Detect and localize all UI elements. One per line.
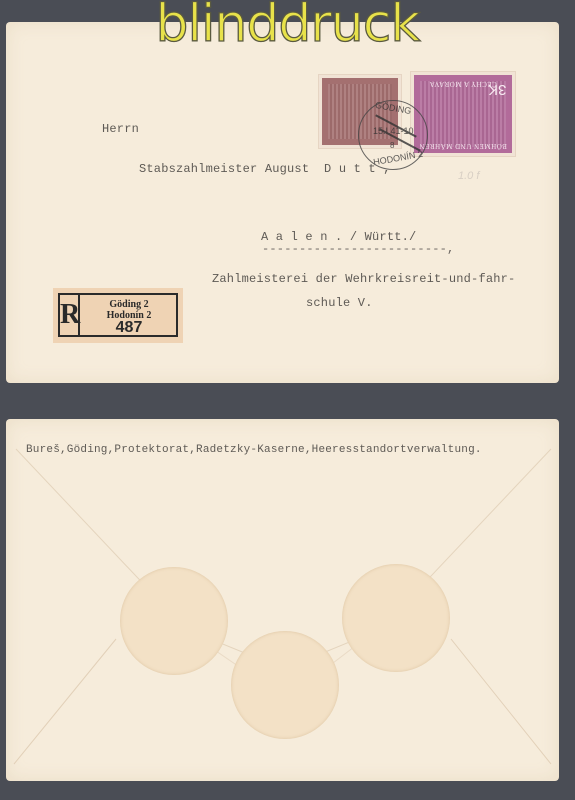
registration-label-frame: R Göding 2 Hodonín 2 487 xyxy=(58,293,178,337)
registration-letter: R xyxy=(60,295,80,335)
seal-right xyxy=(342,564,450,672)
seal-left xyxy=(120,567,228,675)
watermark-blinddruck: blinddruck xyxy=(0,0,575,54)
address-line-2: schule V. xyxy=(306,296,373,310)
envelope-front: 3K ČECHY A MORAVA BÖHMEN UND MÄHREN GÖDI… xyxy=(6,22,559,383)
seal-center xyxy=(231,631,339,739)
registration-office-de: Göding 2 xyxy=(82,299,176,310)
stamp-bottom-text: BÖHMEN UND MÄHREN xyxy=(414,142,512,150)
recipient-line: Stabszahlmeister August D u t t , xyxy=(139,162,391,176)
postmark-number: 8 xyxy=(390,141,394,150)
city-underline: -------------------------, xyxy=(262,242,454,256)
postmark: GÖDING 15.I.41-10 8 HODONÍN 2 xyxy=(358,100,428,170)
envelope-back: Bureš,Göding,Protektorat,Radetzky-Kasern… xyxy=(6,419,559,781)
registration-label: R Göding 2 Hodonín 2 487 xyxy=(53,288,183,343)
salutation: Herrn xyxy=(102,122,139,136)
registration-number: 487 xyxy=(82,319,176,337)
sender-line: Bureš,Göding,Protektorat,Radetzky-Kasern… xyxy=(26,444,482,456)
pencil-note: 1.0 f xyxy=(458,170,479,182)
address-line-1: Zahlmeisterei der Wehrkreisreit-und-fahr… xyxy=(212,272,515,286)
stamp-top-text: ČECHY A MORAVA xyxy=(414,80,512,88)
postmark-top-text: GÖDING xyxy=(374,100,412,116)
